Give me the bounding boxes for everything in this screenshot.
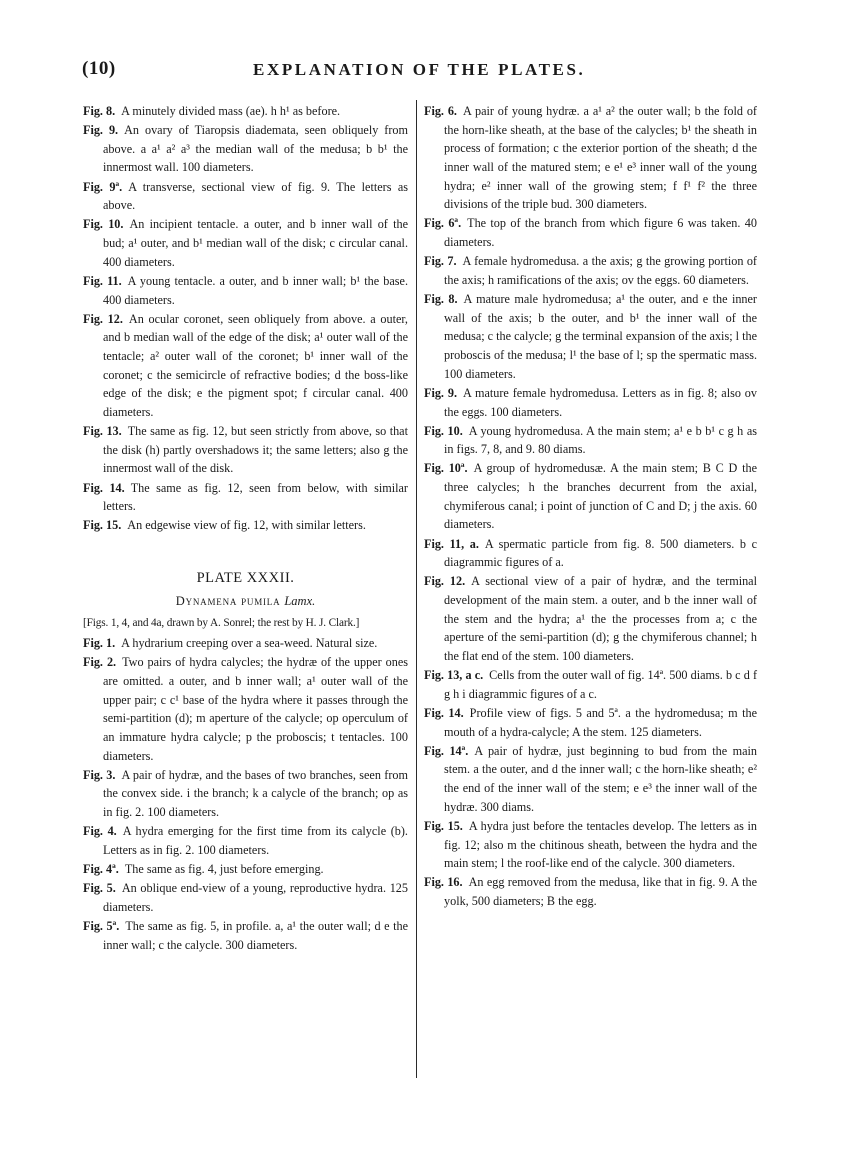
species-heading: Dynamena pumila Lamx. xyxy=(83,592,408,611)
plate-credit: [Figs. 1, 4, and 4a, drawn by A. Sonrel;… xyxy=(83,614,408,633)
figure-description: An ovary of Tiaropsis diademata, seen ob… xyxy=(103,123,408,174)
figure-entry: Fig. 2.Two pairs of hydra calycles; the … xyxy=(83,653,408,765)
figure-entry: Fig. 4ª.The same as fig. 4, just before … xyxy=(83,860,408,879)
figure-description: A mature male hydromedusa; a¹ the outer,… xyxy=(444,292,757,381)
figure-entry: Fig. 16.An egg removed from the medusa, … xyxy=(424,873,757,910)
figure-entry: Fig. 10.An incipient tentacle. a outer, … xyxy=(83,215,408,271)
figure-entry: Fig. 9ª.A transverse, sectional view of … xyxy=(83,178,408,215)
figure-entry: Fig. 3.A pair of hydræ, and the bases of… xyxy=(83,766,408,822)
figure-label: Fig. 8. xyxy=(83,104,115,118)
figure-entry: Fig. 12.A sectional view of a pair of hy… xyxy=(424,572,757,665)
figure-label: Fig. 1. xyxy=(83,636,115,650)
figure-entry: Fig. 11.A young tentacle. a outer, and b… xyxy=(83,272,408,309)
figure-label: Fig. 8. xyxy=(424,292,458,306)
figure-description: The same as fig. 5, in profile. a, a¹ th… xyxy=(103,919,408,952)
figure-entry: Fig. 5ª.The same as fig. 5, in profile. … xyxy=(83,917,408,954)
figure-label: Fig. 9. xyxy=(424,386,457,400)
figure-label: Fig. 6ª. xyxy=(424,216,461,230)
left-entries-bottom: Fig. 1.A hydrarium creeping over a sea-w… xyxy=(83,634,408,954)
figure-description: The same as fig. 4, just before emerging… xyxy=(125,862,324,876)
figure-label: Fig. 2. xyxy=(83,655,116,669)
right-column: Fig. 6.A pair of young hydræ. a a¹ a² th… xyxy=(424,102,757,911)
figure-label: Fig. 10. xyxy=(424,424,463,438)
figure-entry: Fig. 4.A hydra emerging for the first ti… xyxy=(83,822,408,859)
column-divider xyxy=(416,100,417,1078)
figure-label: Fig. 12. xyxy=(424,574,465,588)
figure-entry: Fig. 14.The same as fig. 12, seen from b… xyxy=(83,479,408,516)
figure-label: Fig. 14. xyxy=(83,481,125,495)
figure-description: The top of the branch from which figure … xyxy=(444,216,757,249)
figure-label: Fig. 7. xyxy=(424,254,457,268)
plate-title: PLATE XXXII. xyxy=(83,569,408,588)
figure-description: A pair of young hydræ. a a¹ a² the outer… xyxy=(444,104,757,211)
figure-entry: Fig. 11, a.A spermatic particle from fig… xyxy=(424,535,757,572)
figure-description: A young hydromedusa. A the main stem; a¹… xyxy=(444,424,757,457)
figure-label: Fig. 12. xyxy=(83,312,123,326)
figure-description: Cells from the outer wall of fig. 14ª. 5… xyxy=(444,668,757,701)
figure-entry: Fig. 12.An ocular coronet, seen obliquel… xyxy=(83,310,408,422)
figure-entry: Fig. 10.A young hydromedusa. A the main … xyxy=(424,422,757,459)
figure-entry: Fig. 9.A mature female hydromedusa. Lett… xyxy=(424,384,757,421)
figure-entry: Fig. 5.An oblique end-view of a young, r… xyxy=(83,879,408,916)
figure-label: Fig. 14. xyxy=(424,706,464,720)
figure-description: Two pairs of hydra calycles; the hydræ o… xyxy=(103,655,408,762)
figure-label: Fig. 11. xyxy=(83,274,122,288)
figure-description: An ocular coronet, seen obliquely from a… xyxy=(103,312,408,419)
figure-description: A young tentacle. a outer, and b inner w… xyxy=(103,274,408,307)
figure-label: Fig. 16. xyxy=(424,875,463,889)
species-author: Lamx. xyxy=(284,594,315,608)
figure-entry: Fig. 13, a c.Cells from the outer wall o… xyxy=(424,666,757,703)
figure-entry: Fig. 6ª.The top of the branch from which… xyxy=(424,214,757,251)
figure-entry: Fig. 14ª.A pair of hydræ, just beginning… xyxy=(424,742,757,817)
figure-entry: Fig. 14.Profile view of figs. 5 and 5ª. … xyxy=(424,704,757,741)
figure-label: Fig. 6. xyxy=(424,104,457,118)
figure-description: A pair of hydræ, just beginning to bud f… xyxy=(444,744,757,814)
figure-description: The same as fig. 12, but seen strictly f… xyxy=(103,424,408,475)
right-entries: Fig. 6.A pair of young hydræ. a a¹ a² th… xyxy=(424,102,757,911)
figure-description: A transverse, sectional view of fig. 9. … xyxy=(103,180,408,213)
figure-entry: Fig. 6.A pair of young hydræ. a a¹ a² th… xyxy=(424,102,757,214)
figure-description: A female hydromedusa. a the axis; g the … xyxy=(444,254,757,287)
figure-description: An egg removed from the medusa, like tha… xyxy=(444,875,757,908)
page-number: (10) xyxy=(82,58,116,80)
figure-description: An oblique end-view of a young, reproduc… xyxy=(103,881,408,914)
figure-description: A group of hydromedusæ. A the main stem;… xyxy=(444,461,757,531)
figure-entry: Fig. 15.A hydra just before the tentacle… xyxy=(424,817,757,873)
figure-description: A spermatic particle from fig. 8. 500 di… xyxy=(444,537,757,570)
figure-entry: Fig. 8.A minutely divided mass (ae). h h… xyxy=(83,102,408,121)
figure-description: A hydra just before the tentacles develo… xyxy=(444,819,757,870)
figure-label: Fig. 14ª. xyxy=(424,744,468,758)
figure-label: Fig. 4ª. xyxy=(83,862,119,876)
figure-entry: Fig. 15.An edgewise view of fig. 12, wit… xyxy=(83,516,408,535)
figure-entry: Fig. 8.A mature male hydromedusa; a¹ the… xyxy=(424,290,757,383)
left-column: Fig. 8.A minutely divided mass (ae). h h… xyxy=(83,102,408,955)
figure-entry: Fig. 7.A female hydromedusa. a the axis;… xyxy=(424,252,757,289)
figure-description: An incipient tentacle. a outer, and b in… xyxy=(103,217,408,268)
figure-label: Fig. 9ª. xyxy=(83,180,122,194)
figure-label: Fig. 15. xyxy=(83,518,121,532)
figure-description: A hydrarium creeping over a sea-weed. Na… xyxy=(121,636,377,650)
figure-label: Fig. 13, a c. xyxy=(424,668,483,682)
figure-label: Fig. 5. xyxy=(83,881,116,895)
figure-description: Profile view of figs. 5 and 5ª. a the hy… xyxy=(444,706,757,739)
species-name: Dynamena pumila xyxy=(176,594,281,608)
figure-label: Fig. 13. xyxy=(83,424,122,438)
figure-label: Fig. 4. xyxy=(83,824,117,838)
figure-description: A sectional view of a pair of hydræ, and… xyxy=(444,574,757,663)
figure-description: A minutely divided mass (ae). h h¹ as be… xyxy=(121,104,340,118)
figure-description: An edgewise view of fig. 12, with simila… xyxy=(127,518,366,532)
running-head: EXPLANATION OF THE PLATES. xyxy=(253,60,585,80)
figure-description: A mature female hydromedusa. Letters as … xyxy=(444,386,757,419)
figure-description: A pair of hydræ, and the bases of two br… xyxy=(103,768,408,819)
left-entries-top: Fig. 8.A minutely divided mass (ae). h h… xyxy=(83,102,408,535)
figure-label: Fig. 15. xyxy=(424,819,463,833)
figure-label: Fig. 5ª. xyxy=(83,919,119,933)
figure-description: A hydra emerging for the first time from… xyxy=(103,824,408,857)
figure-label: Fig. 11, a. xyxy=(424,537,479,551)
figure-label: Fig. 9. xyxy=(83,123,118,137)
figure-entry: Fig. 1.A hydrarium creeping over a sea-w… xyxy=(83,634,408,653)
figure-entry: Fig. 9.An ovary of Tiaropsis diademata, … xyxy=(83,121,408,177)
figure-entry: Fig. 13.The same as fig. 12, but seen st… xyxy=(83,422,408,478)
figure-description: The same as fig. 12, seen from below, wi… xyxy=(103,481,408,514)
figure-label: Fig. 3. xyxy=(83,768,115,782)
figure-entry: Fig. 10ª.A group of hydromedusæ. A the m… xyxy=(424,459,757,534)
figure-label: Fig. 10. xyxy=(83,217,123,231)
figure-label: Fig. 10ª. xyxy=(424,461,468,475)
